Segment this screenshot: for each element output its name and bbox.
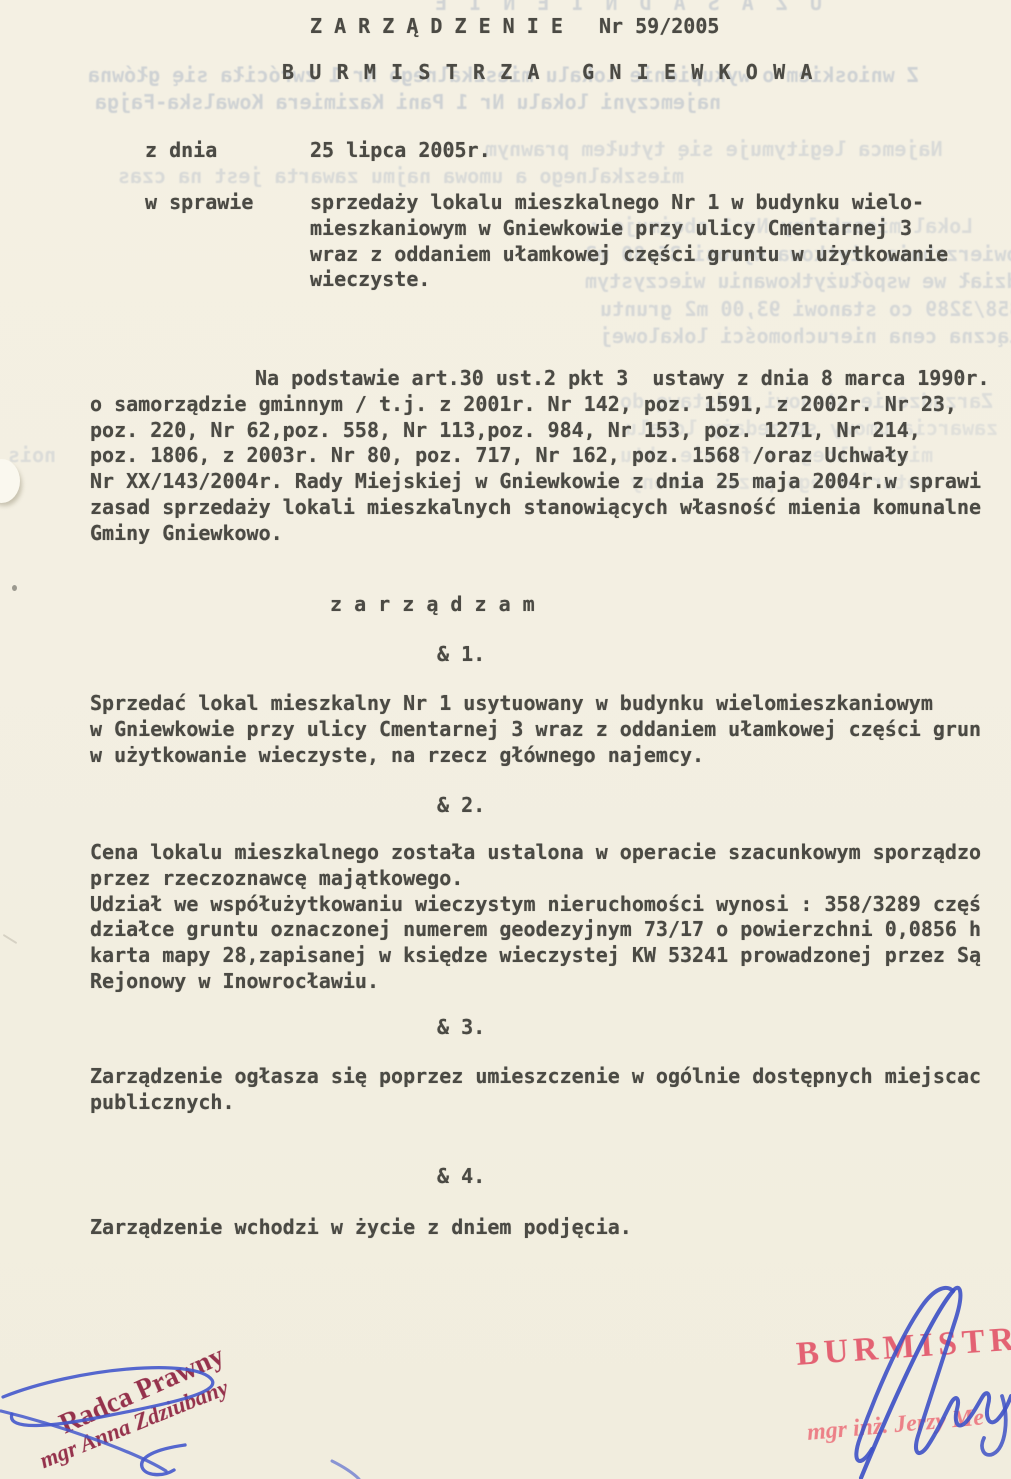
section-3-body-line: Zarządzenie ogłasza się poprzez umieszcz… <box>90 1064 981 1090</box>
title-line: Z A R Z Ą D Z E N I E Nr 59/2005 <box>310 14 719 40</box>
section-1-heading: & 1. <box>437 642 485 668</box>
subject-body-line: mieszkaniowym w Gniewkowie przy ulicy Cm… <box>310 216 948 242</box>
subject-label-line: w sprawie <box>145 190 253 216</box>
subject-label: w sprawie <box>145 190 253 216</box>
bleedthrough-line: najemczyni lokalu Nr 1 Pani Kazimiera Ko… <box>95 90 721 114</box>
section-1-body-line: Sprzedać lokal mieszkalny Nr 1 usytuowan… <box>90 691 981 717</box>
bleedthrough-line: 358/3289 co stanowi 93,00 m2 gruntu <box>600 297 1011 321</box>
section-2-body-line: Cena lokalu mieszkalnego została ustalon… <box>90 840 981 866</box>
section-4-heading-line: & 4. <box>437 1164 485 1190</box>
date-value-line: 25 lipca 2005r. <box>310 138 491 164</box>
section-3-heading: & 3. <box>437 1015 485 1041</box>
issuer-line: B U R M I S T R Z A G N I E W K O W A <box>282 60 814 86</box>
title: Z A R Z Ą D Z E N I E Nr 59/2005 <box>310 14 719 40</box>
section-2-body-line: przez rzeczoznawcę majątkowego. <box>90 866 981 892</box>
legal-basis-line: poz. 220, Nr 62,poz. 558, Nr 113,poz. 98… <box>90 418 990 444</box>
mayor-signature <box>856 1288 1011 1478</box>
section-4-heading: & 4. <box>437 1164 485 1190</box>
section-3-body: Zarządzenie ogłasza się poprzez umieszcz… <box>90 1064 981 1116</box>
bleedthrough-line: nois <box>8 443 56 467</box>
section-2-body-line: działce gruntu oznaczonej numerem geodez… <box>90 917 981 943</box>
section-2-heading-line: & 2. <box>437 793 485 819</box>
section-2-body-line: Udział we współużytkowaniu wieczystym ni… <box>90 892 981 918</box>
section-2-heading: & 2. <box>437 793 485 819</box>
bleedthrough-line: Najemca legitymuje się tytułem prawnym <box>485 137 943 161</box>
issuer: B U R M I S T R Z A G N I E W K O W A <box>282 60 814 86</box>
section-1-body-line: w użytkowanie wieczyste, na rzecz główne… <box>90 743 981 769</box>
subject-body-line: wraz z oddaniem ułamkowej części gruntu … <box>310 242 948 268</box>
bleedthrough-line: Łączna cena nieruchomości lokalowej <box>600 324 1011 348</box>
legal-basis-line: Nr XX/143/2004r. Rady Miejskiej w Gniewk… <box>90 469 990 495</box>
scan-artifact-scratch <box>3 934 18 944</box>
section-2-body: Cena lokalu mieszkalnego została ustalon… <box>90 840 981 995</box>
legal-basis-line: o samorządzie gminnym / t.j. z 2001r. Nr… <box>90 392 990 418</box>
section-1-body-line: w Gniewkowie przy ulicy Cmentarnej 3 wra… <box>90 717 981 743</box>
scan-artifact-speck <box>12 585 17 591</box>
legal-basis-line: zasad sprzedaży lokali mieszkalnych stan… <box>90 495 990 521</box>
document-page: U Z A S A D N I E N I EZ wnioskiem o wyk… <box>0 0 1011 1479</box>
date-label: z dnia <box>145 138 217 164</box>
date-value: 25 lipca 2005r. <box>310 138 491 164</box>
section-1-heading-line: & 1. <box>437 642 485 668</box>
legal-basis-line: poz. 1806, z 2003r. Nr 80, poz. 717, Nr … <box>90 443 990 469</box>
section-3-body-line: publicznych. <box>90 1090 981 1116</box>
mayor-stamp-line: mgr inż. Jerzy Me <box>806 1405 985 1447</box>
decree-word: z a r z ą d z a m <box>330 592 535 618</box>
bleedthrough-line: mieszkalnego a umowa najmu zawarta jest … <box>118 164 684 188</box>
bleedthrough-line: U Z A S A D N I E N I E <box>430 0 822 15</box>
decree-word-line: z a r z ą d z a m <box>330 592 535 618</box>
subject-body-line: wieczyste. <box>310 267 948 293</box>
mayor-stamp-line: BURMISTRZ <box>795 1318 1011 1373</box>
section-2-body-line: Rejonowy w Inowrocławiu. <box>90 969 981 995</box>
subject-body-line: sprzedaży lokalu mieszkalnego Nr 1 w bud… <box>310 190 948 216</box>
section-2-body-line: karta mapy 28,zapisanej w księdze wieczy… <box>90 943 981 969</box>
section-1-body: Sprzedać lokal mieszkalny Nr 1 usytuowan… <box>90 691 981 768</box>
legal-basis-line: Na podstawie art.30 ust.2 pkt 3 ustawy z… <box>255 366 990 392</box>
section-3-heading-line: & 3. <box>437 1015 485 1041</box>
section-4-body-line: Zarządzenie wchodzi w życie z dniem podj… <box>90 1215 632 1241</box>
section-4-body: Zarządzenie wchodzi w życie z dniem podj… <box>90 1215 632 1241</box>
legal-basis: Na podstawie art.30 ust.2 pkt 3 ustawy z… <box>90 366 990 547</box>
date-label-line: z dnia <box>145 138 217 164</box>
legal-basis-line: Gminy Gniewkowo. <box>90 521 990 547</box>
subject-body: sprzedaży lokalu mieszkalnego Nr 1 w bud… <box>310 190 948 293</box>
